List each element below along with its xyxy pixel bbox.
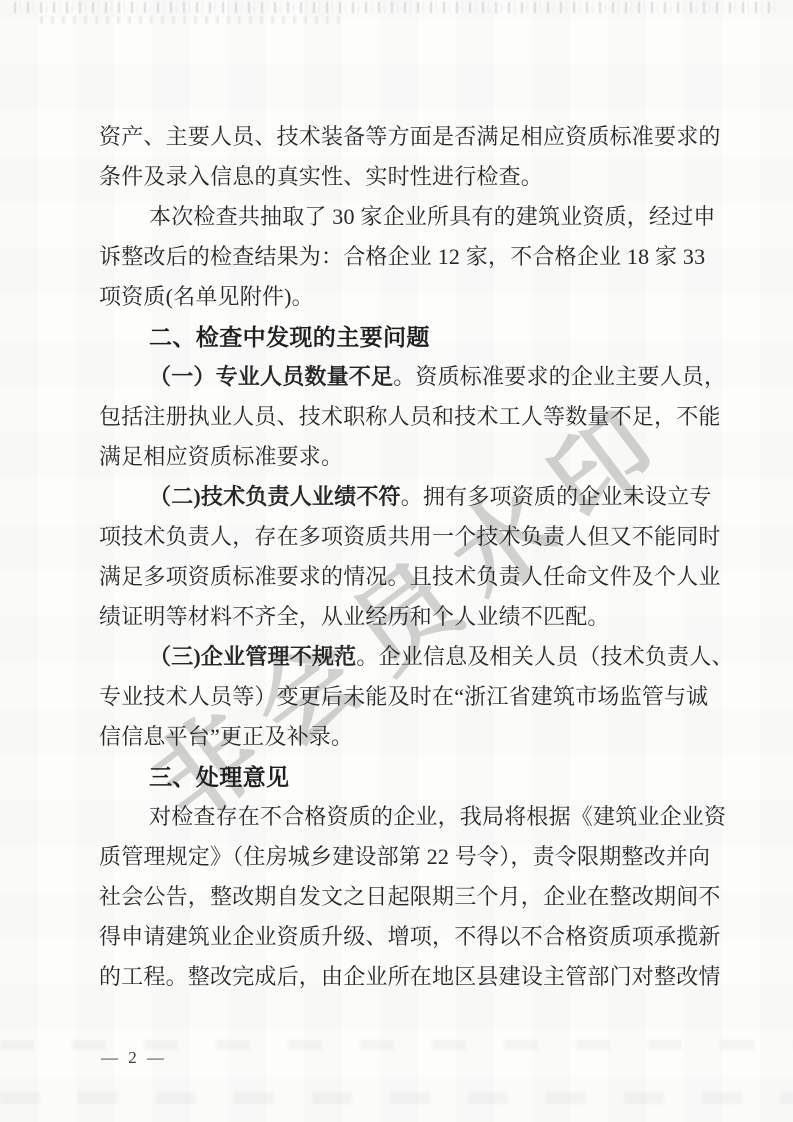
document-page: 非会员水印 资产、主要人员、技术装备等方面是否满足相应资质标准要求的 条件及录入… (0, 0, 793, 1122)
text-line: 信信息平台”更正及补录。 (99, 717, 701, 757)
text-line: 满足相应资质标准要求。 (99, 437, 701, 477)
text-line: 的工程。整改完成后，由企业所在地区县建设主管部门对整改情 (99, 957, 701, 997)
page-number: — 2 — (101, 1048, 167, 1068)
section-heading-2: 二、检查中发现的主要问题 (99, 317, 701, 357)
text-line: 项技术负责人，存在多项资质共用一个技术负责人但又不能同时 (99, 517, 701, 557)
text-line: 资产、主要人员、技术装备等方面是否满足相应资质标准要求的 (99, 117, 701, 157)
text-line: 满足多项资质标准要求的情况。且技术负责人任命文件及个人业 (99, 557, 701, 597)
text-line: 诉整改后的检查结果为：合格企业 12 家，不合格企业 18 家 33 (99, 237, 701, 277)
text-line: 包括注册执业人员、技术职称人员和技术工人等数量不足，不能 (99, 397, 701, 437)
section-heading-3: 三、处理意见 (99, 757, 701, 797)
text-line: 绩证明等材料不齐全，从业经历和个人业绩不匹配。 (99, 597, 701, 637)
text-line: （三)企业管理不规范。企业信息及相关人员（技术负责人、 (99, 637, 701, 677)
text-line: 项资质(名单见附件)。 (99, 277, 701, 317)
subsection-title-1: （一）专业人员数量不足 (149, 364, 393, 389)
scan-noise-top-secondary (40, 16, 340, 24)
text-line: 专业技术人员等）变更后未能及时在“浙江省建筑市场监管与诚 (99, 677, 701, 717)
scan-noise-bottom-secondary (0, 1092, 793, 1104)
text-line: 质管理规定》（住房城乡建设部第 22 号令），责令限期整改并向 (99, 837, 701, 877)
document-body: 资产、主要人员、技术装备等方面是否满足相应资质标准要求的 条件及录入信息的真实性… (99, 117, 701, 997)
text-line: 对检查存在不合格资质的企业，我局将根据《建筑业企业资 (99, 797, 701, 837)
text-line: 条件及录入信息的真实性、实时性进行检查。 (99, 157, 701, 197)
text-line: 得申请建筑业企业资质升级、增项，不得以不合格资质项承揽新 (99, 917, 701, 957)
text-run: 。企业信息及相关人员（技术负责人、 (356, 644, 733, 669)
subsection-title-2: （二)技术负责人业绩不符 (149, 484, 401, 509)
text-line: 社会公告，整改期自发文之日起限期三个月，企业在整改期间不 (99, 877, 701, 917)
text-line: （一）专业人员数量不足。资质标准要求的企业主要人员， (99, 357, 701, 397)
text-run: 。拥有多项资质的企业未设立专 (401, 484, 712, 509)
scan-noise-top (14, 2, 776, 13)
subsection-title-3: （三)企业管理不规范 (149, 644, 356, 669)
text-line: （二)技术负责人业绩不符。拥有多项资质的企业未设立专 (99, 477, 701, 517)
text-run: 。资质标准要求的企业主要人员， (393, 364, 726, 389)
text-line: 本次检查共抽取了 30 家企业所具有的建筑业资质，经过申 (99, 197, 701, 237)
